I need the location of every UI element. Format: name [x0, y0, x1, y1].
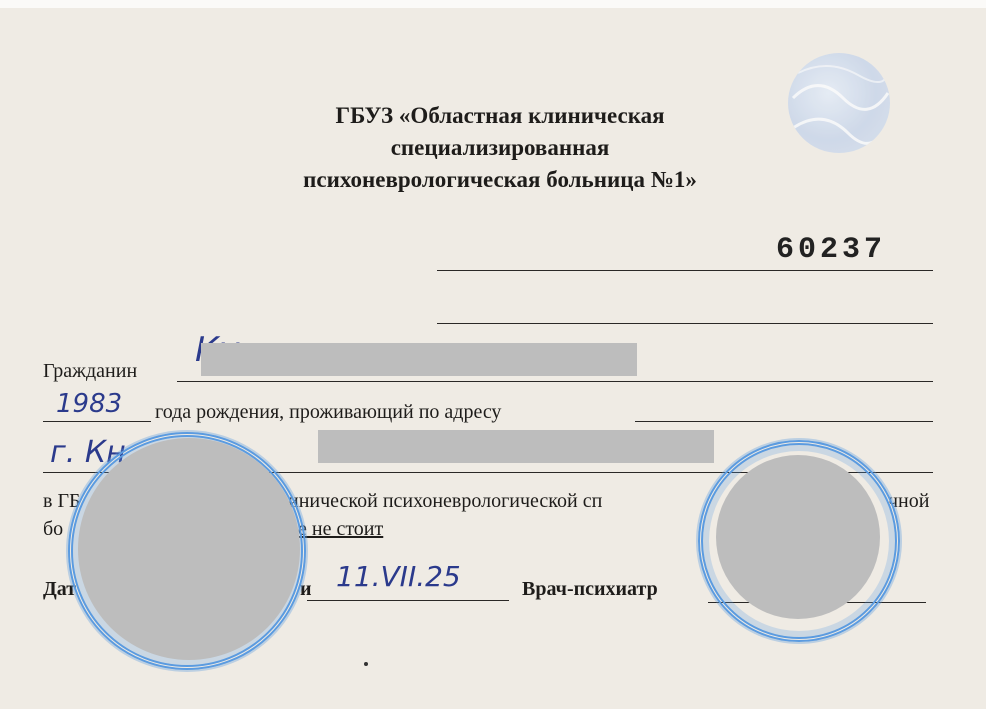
statement-line1-mid: инической психоневрологической сп — [288, 490, 602, 513]
security-hologram-icon — [788, 53, 890, 153]
address-line-1 — [635, 421, 933, 422]
institution-title: ГБУЗ «Областная клиническая специализиро… — [200, 100, 800, 196]
date-value: 11.VII.25 — [336, 560, 461, 593]
birth-year-line — [43, 421, 151, 422]
certificate-number: 60237 — [776, 233, 886, 267]
doctor-label: Врач-психиатр — [522, 578, 658, 601]
date-line — [307, 600, 509, 601]
birth-year: 1983 — [56, 389, 122, 419]
citizen-line — [177, 381, 933, 382]
ink-dot — [364, 662, 368, 666]
photo-top-edge — [0, 0, 986, 8]
citizen-label: Гражданин — [43, 360, 137, 383]
citizen-name-redaction — [201, 343, 637, 376]
right-stamp-redaction — [716, 455, 880, 619]
blank-line — [437, 323, 933, 324]
title-line-3: психоневрологическая больница №1» — [200, 164, 800, 196]
statement-line2-end: е не стоит — [298, 518, 383, 541]
title-line-1: ГБУЗ «Областная клиническая — [200, 100, 800, 132]
left-stamp-redaction — [78, 438, 300, 660]
statement-line2-start: бо — [43, 518, 63, 541]
number-line — [437, 270, 933, 271]
address-redaction — [318, 430, 714, 463]
birth-label: года рождения, проживающий по адресу — [155, 401, 501, 424]
title-line-2: специализированная — [200, 132, 800, 164]
